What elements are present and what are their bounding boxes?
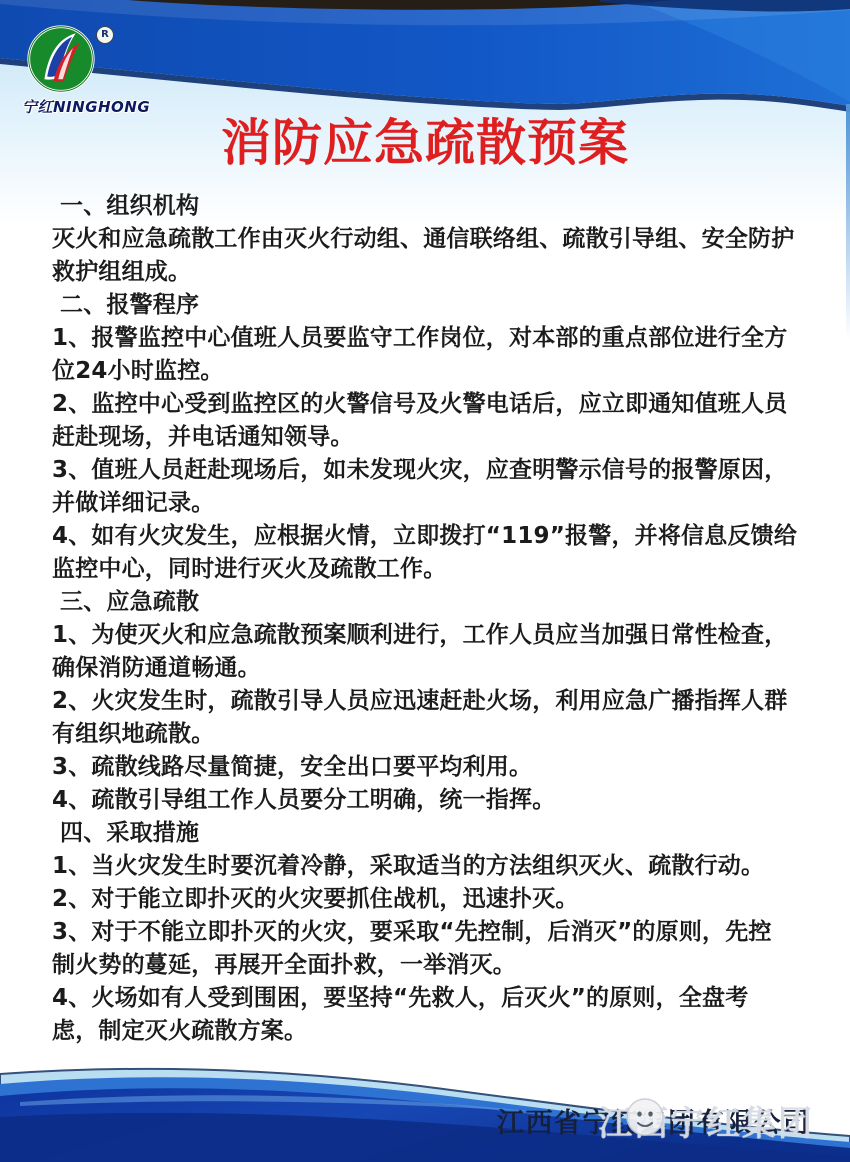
text-line: 1、报警监控中心值班人员要监守工作岗位，对本部的重点部位进行全方 bbox=[52, 322, 804, 355]
poster: R 宁红NINGHONG 消防应急疏散预案 一、组织机构灭火和应急疏散工作由灭火… bbox=[0, 0, 850, 1162]
text-line: 制火势的蔓延，再展开全面扑救，一举消灭。 bbox=[52, 949, 804, 982]
text-line: 确保消防通道畅通。 bbox=[52, 652, 804, 685]
text-line: 2、火灾发生时，疏散引导人员应迅速赶赴火场，利用应急广播指挥人群 bbox=[52, 685, 804, 718]
text-line: 4、火场如有人受到围困，要坚持“先救人，后灭火”的原则，全盘考 bbox=[52, 982, 804, 1015]
text-line: 2、监控中心受到监控区的火警信号及火警电话后，应立即通知值班人员 bbox=[52, 388, 804, 421]
wechat-icon bbox=[626, 1098, 664, 1136]
text-line: 并做详细记录。 bbox=[52, 487, 804, 520]
text-line: 1、为使灭火和应急疏散预案顺利进行，工作人员应当加强日常性检查， bbox=[52, 619, 804, 652]
section-heading: 四、采取措施 bbox=[52, 817, 804, 850]
registered-trademark-icon: R bbox=[96, 26, 114, 44]
page-title: 消防应急疏散预案 bbox=[0, 114, 850, 172]
text-line: 3、对于不能立即扑灭的火灾，要采取“先控制，后消灭”的原则，先控 bbox=[52, 916, 804, 949]
text-line: 监控中心，同时进行灭火及疏散工作。 bbox=[52, 553, 804, 586]
text-line: 赶赴现场，并电话通知领导。 bbox=[52, 421, 804, 454]
brand-logo: R 宁红NINGHONG bbox=[22, 18, 142, 122]
document-body: 一、组织机构灭火和应急疏散工作由灭火行动组、通信联络组、疏散引导组、安全防护救护… bbox=[52, 190, 804, 1048]
text-line: 3、疏散线路尽量简捷，安全出口要平均利用。 bbox=[52, 751, 804, 784]
ninghong-logo-icon bbox=[26, 24, 96, 94]
text-line: 3、值班人员赶赴现场后，如未发现火灾，应查明警示信号的报警原因， bbox=[52, 454, 804, 487]
text-line: 4、疏散引导组工作人员要分工明确，统一指挥。 bbox=[52, 784, 804, 817]
text-line: 虑，制定灭火疏散方案。 bbox=[52, 1015, 804, 1048]
text-line: 位24小时监控。 bbox=[52, 355, 804, 388]
text-line: 灭火和应急疏散工作由灭火行动组、通信联络组、疏散引导组、安全防护 bbox=[52, 223, 804, 256]
text-line: 有组织地疏散。 bbox=[52, 718, 804, 751]
text-line: 救护组组成。 bbox=[52, 256, 804, 289]
text-line: 4、如有火灾发生，应根据火情，立即拨打“119”报警，并将信息反馈给 bbox=[52, 520, 804, 553]
section-heading: 一、组织机构 bbox=[52, 190, 804, 223]
section-heading: 三、应急疏散 bbox=[52, 586, 804, 619]
text-line: 2、对于能立即扑灭的火灾要抓住战机，迅速扑灭。 bbox=[52, 883, 804, 916]
section-heading: 二、报警程序 bbox=[52, 289, 804, 322]
text-line: 1、当火灾发生时要沉着冷静，采取适当的方法组织灭火、疏散行动。 bbox=[52, 850, 804, 883]
